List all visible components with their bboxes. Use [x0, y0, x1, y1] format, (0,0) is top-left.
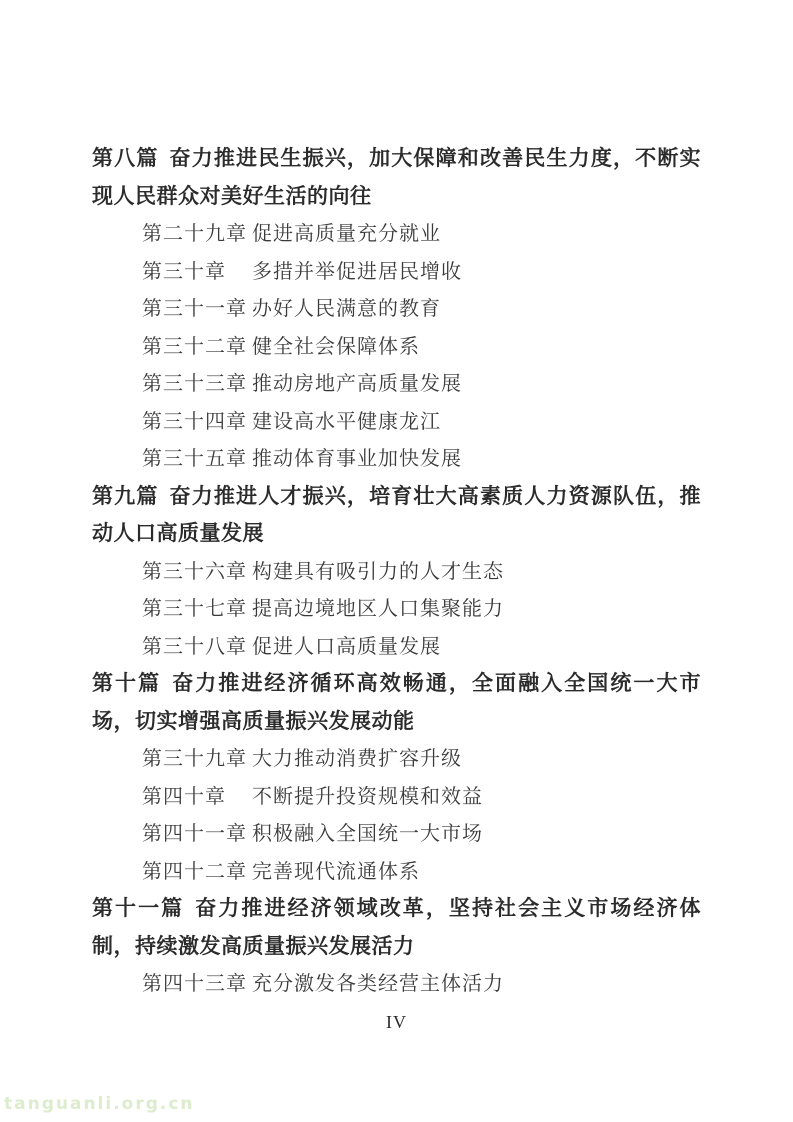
- section-title: 奋力推进民生振兴，加大保障和改善民生力度，不断实现人民群众对美好生活的向往: [92, 147, 701, 208]
- chapter-title: 完善现代流通体系: [252, 853, 701, 891]
- chapter-row: 第四十二章 完善现代流通体系: [92, 853, 701, 891]
- chapter-number: 第三十四章: [142, 403, 252, 441]
- chapter-number: 第四十一章: [142, 815, 252, 853]
- chapter-row: 第三十五章 推动体育事业加快发展: [92, 440, 701, 478]
- chapter-number: 第三十六章: [142, 553, 252, 591]
- chapter-title: 大力推动消费扩容升级: [252, 740, 701, 778]
- chapter-title: 办好人民满意的教育: [252, 290, 701, 328]
- toc-section-heading: 第九篇奋力推进人才振兴，培育壮大高素质人力资源队伍，推动人口高质量发展: [92, 478, 701, 553]
- chapter-title: 多措并举促进居民增收: [252, 253, 701, 291]
- toc-section-heading: 第十一篇奋力推进经济领域改革，坚持社会主义市场经济体制，持续激发高质量振兴发展活…: [92, 890, 701, 965]
- chapter-row: 第三十九章 大力推动消费扩容升级: [92, 740, 701, 778]
- chapter-number: 第三十五章: [142, 440, 252, 478]
- section-label: 第十篇: [92, 672, 161, 695]
- chapter-number: 第三十章: [142, 253, 252, 291]
- chapter-title: 充分激发各类经营主体活力: [252, 965, 701, 1003]
- chapter-row: 第三十四章 建设高水平健康龙江: [92, 403, 701, 441]
- chapter-row: 第二十九章 促进高质量充分就业: [92, 215, 701, 253]
- toc-section-heading: 第八篇奋力推进民生振兴，加大保障和改善民生力度，不断实现人民群众对美好生活的向往: [92, 140, 701, 215]
- toc-section-heading: 第十篇奋力推进经济循环高效畅通，全面融入全国统一大市场，切实增强高质量振兴发展动…: [92, 665, 701, 740]
- chapter-row: 第三十章 多措并举促进居民增收: [92, 253, 701, 291]
- chapter-number: 第三十二章: [142, 328, 252, 366]
- section-label: 第九篇: [92, 485, 159, 508]
- watermark: tanguanli.org.cn: [4, 1094, 195, 1114]
- chapter-row: 第三十二章 健全社会保障体系: [92, 328, 701, 366]
- chapter-title: 建设高水平健康龙江: [252, 403, 701, 441]
- chapter-title: 不断提升投资规模和效益: [252, 778, 701, 816]
- chapter-row: 第三十八章 促进人口高质量发展: [92, 628, 701, 666]
- section-title: 奋力推进人才振兴，培育壮大高素质人力资源队伍，推动人口高质量发展: [92, 485, 701, 546]
- chapter-row: 第四十章 不断提升投资规模和效益: [92, 778, 701, 816]
- chapter-title: 推动房地产高质量发展: [252, 365, 701, 403]
- chapter-title: 构建具有吸引力的人才生态: [252, 553, 701, 591]
- chapter-row: 第三十三章 推动房地产高质量发展: [92, 365, 701, 403]
- chapter-number: 第三十一章: [142, 290, 252, 328]
- chapter-number: 第三十三章: [142, 365, 252, 403]
- section-label: 第十一篇: [92, 897, 184, 920]
- chapter-row: 第三十七章 提高边境地区人口集聚能力: [92, 590, 701, 628]
- chapter-row: 第四十三章 充分激发各类经营主体活力: [92, 965, 701, 1003]
- chapter-title: 推动体育事业加快发展: [252, 440, 701, 478]
- chapter-number: 第四十章: [142, 778, 252, 816]
- chapter-number: 第三十九章: [142, 740, 252, 778]
- chapter-number: 第四十二章: [142, 853, 252, 891]
- chapter-title: 健全社会保障体系: [252, 328, 701, 366]
- chapter-title: 促进人口高质量发展: [252, 628, 701, 666]
- section-title: 奋力推进经济循环高效畅通，全面融入全国统一大市场，切实增强高质量振兴发展动能: [92, 672, 701, 733]
- section-label: 第八篇: [92, 147, 159, 170]
- chapter-title: 积极融入全国统一大市场: [252, 815, 701, 853]
- chapter-title: 提高边境地区人口集聚能力: [252, 590, 701, 628]
- chapter-number: 第二十九章: [142, 215, 252, 253]
- chapter-number: 第三十八章: [142, 628, 252, 666]
- chapter-title: 促进高质量充分就业: [252, 215, 701, 253]
- chapter-row: 第三十六章 构建具有吸引力的人才生态: [92, 553, 701, 591]
- chapter-row: 第四十一章 积极融入全国统一大市场: [92, 815, 701, 853]
- chapter-number: 第三十七章: [142, 590, 252, 628]
- page-number: IV: [0, 1012, 793, 1033]
- chapter-row: 第三十一章 办好人民满意的教育: [92, 290, 701, 328]
- document-page: 第八篇奋力推进民生振兴，加大保障和改善民生力度，不断实现人民群众对美好生活的向往…: [0, 0, 793, 1122]
- chapter-number: 第四十三章: [142, 965, 252, 1003]
